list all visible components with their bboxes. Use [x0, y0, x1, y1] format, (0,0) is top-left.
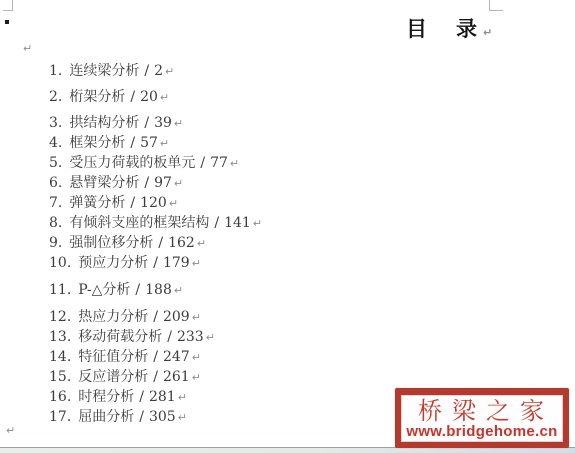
- toc-separator: /: [153, 369, 158, 385]
- toc-separator: /: [153, 349, 158, 365]
- paragraph-mark-icon: ↵: [197, 237, 206, 250]
- toc-item-number: 1.: [49, 61, 62, 81]
- toc-item-number: 10.: [49, 253, 71, 273]
- toc-item-title: 拱结构分析: [69, 115, 139, 131]
- toc-item: 4.框架分析/57↵: [49, 133, 262, 153]
- toc-item: 5.受压力荷载的板单元/77↵: [49, 153, 262, 173]
- toc-list: 1.连续梁分析/2↵ 2.桁架分析/20↵ 3.拱结构分析/39↵ 4.框架分析…: [49, 61, 262, 427]
- margin-crop-mark-top-right: [489, 0, 503, 11]
- toc-separator: /: [144, 63, 149, 79]
- paragraph-mark-icon: ↵: [174, 284, 183, 297]
- paragraph-mark-icon: ↵: [23, 42, 32, 55]
- toc-item-page: 2: [154, 63, 163, 79]
- toc-item: 17.屈曲分析/305↵: [49, 407, 262, 427]
- paragraph-mark-icon: ↵: [6, 424, 15, 437]
- toc-separator: /: [214, 215, 219, 231]
- paragraph-mark-icon: ↵: [174, 117, 183, 130]
- toc-item-title: 移动荷载分析: [78, 329, 162, 345]
- toc-item-number: 9.: [49, 233, 62, 253]
- toc-item-page: 57: [140, 135, 158, 151]
- toc-separator: /: [135, 282, 140, 298]
- toc-separator: /: [153, 255, 158, 271]
- toc-item-number: 7.: [49, 193, 62, 213]
- stamp-site-url: www.bridgehome.cn: [406, 424, 557, 440]
- toc-item: 11.P-△分析/188↵: [49, 280, 262, 300]
- toc-item: 6.悬臂梁分析/97↵: [49, 173, 262, 193]
- toc-item: 12.热应力分析/209↵: [49, 307, 262, 327]
- toc-item-title: 悬臂梁分析: [69, 175, 139, 191]
- toc-item-title: 强制位移分析: [69, 235, 153, 251]
- toc-item-title: 屈曲分析: [78, 409, 134, 425]
- toc-separator: /: [153, 309, 158, 325]
- toc-item-number: 4.: [49, 133, 62, 153]
- toc-item-page: 233: [177, 329, 204, 345]
- paragraph-mark-icon: ↵: [192, 371, 201, 384]
- paragraph-mark-icon: ↵: [192, 311, 201, 324]
- toc-item-title: 预应力分析: [78, 255, 148, 271]
- toc-item: 15.反应谱分析/261↵: [49, 367, 262, 387]
- document-page: ↵ 目 录↵ 1.连续梁分析/2↵ 2.桁架分析/20↵ 3.拱结构分析/39↵…: [0, 0, 575, 453]
- toc-item-number: 11.: [49, 280, 71, 300]
- paragraph-mark-icon: ↵: [253, 217, 262, 230]
- toc-item-number: 16.: [49, 387, 71, 407]
- black-square-mark: [5, 20, 9, 24]
- paragraph-mark-icon: ↵: [178, 411, 187, 424]
- toc-item-page: 97: [154, 175, 172, 191]
- toc-item-page: 281: [149, 389, 176, 405]
- toc-item-title: 有倾斜支座的框架结构: [69, 215, 209, 231]
- toc-separator: /: [130, 135, 135, 151]
- toc-separator: /: [167, 329, 172, 345]
- paragraph-mark-icon: ↵: [206, 331, 215, 344]
- toc-item-number: 5.: [49, 153, 62, 173]
- paragraph-mark-icon: ↵: [169, 197, 178, 210]
- toc-item-number: 6.: [49, 173, 62, 193]
- toc-item: 13.移动荷载分析/233↵: [49, 327, 262, 347]
- toc-item-number: 3.: [49, 113, 62, 133]
- toc-item-page: 39: [154, 115, 172, 131]
- toc-item-page: 77: [210, 155, 228, 171]
- toc-item-number: 17.: [49, 407, 71, 427]
- toc-separator: /: [144, 175, 149, 191]
- paragraph-mark-icon: ↵: [160, 137, 169, 150]
- paragraph-mark-icon: ↵: [230, 157, 239, 170]
- paragraph-mark-icon: ↵: [165, 65, 174, 78]
- toc-item-page: 188: [145, 282, 172, 298]
- toc-item-title: 连续梁分析: [69, 63, 139, 79]
- toc-item: 2.桁架分析/20↵: [49, 87, 262, 107]
- toc-item-title: 桁架分析: [69, 89, 125, 105]
- toc-item-page: 120: [140, 195, 167, 211]
- toc-separator: /: [130, 195, 135, 211]
- stamp-site-name: 桥梁之家: [410, 398, 554, 424]
- toc-item: 16.时程分析/281↵: [49, 387, 262, 407]
- toc-item: 10.预应力分析/179↵: [49, 253, 262, 273]
- page-title: 目 录↵: [406, 13, 492, 43]
- toc-item-title: 热应力分析: [78, 309, 148, 325]
- toc-item-page: 162: [168, 235, 195, 251]
- paragraph-mark-icon: ↵: [178, 391, 187, 404]
- toc-item: 14.特征值分析/247↵: [49, 347, 262, 367]
- toc-item-title: P-△分析: [78, 282, 130, 298]
- toc-item-title: 时程分析: [78, 389, 134, 405]
- toc-item-page: 247: [163, 349, 190, 365]
- toc-item-title: 反应谱分析: [78, 369, 148, 385]
- toc-item-title: 框架分析: [69, 135, 125, 151]
- toc-item: 7.弹簧分析/120↵: [49, 193, 262, 213]
- toc-item: 3.拱结构分析/39↵: [49, 113, 262, 133]
- toc-item: 1.连续梁分析/2↵: [49, 61, 262, 81]
- toc-item-title: 受压力荷载的板单元: [69, 155, 195, 171]
- toc-separator: /: [200, 155, 205, 171]
- site-stamp-watermark: 桥梁之家 www.bridgehome.cn: [395, 388, 569, 448]
- toc-item-page: 20: [140, 89, 158, 105]
- page-title-text: 目 录: [406, 16, 481, 41]
- toc-item-number: 12.: [49, 307, 71, 327]
- toc-item-page: 141: [224, 215, 251, 231]
- toc-item-title: 特征值分析: [78, 349, 148, 365]
- paragraph-mark-icon: ↵: [192, 257, 201, 270]
- toc-item-page: 179: [163, 255, 190, 271]
- toc-item-number: 13.: [49, 327, 71, 347]
- toc-item-title: 弹簧分析: [69, 195, 125, 211]
- toc-item-page: 209: [163, 309, 190, 325]
- toc-item-page: 305: [149, 409, 176, 425]
- toc-separator: /: [158, 235, 163, 251]
- toc-separator: /: [130, 89, 135, 105]
- toc-item-number: 14.: [49, 347, 71, 367]
- toc-item: 8.有倾斜支座的框架结构/141↵: [49, 213, 262, 233]
- margin-crop-mark-top-left: [3, 0, 13, 11]
- toc-separator: /: [139, 409, 144, 425]
- toc-item-page: 261: [163, 369, 190, 385]
- toc-separator: /: [139, 389, 144, 405]
- toc-item-number: 2.: [49, 87, 62, 107]
- paragraph-mark-icon: ↵: [160, 91, 169, 104]
- paragraph-mark-icon: ↵: [483, 26, 492, 39]
- toc-separator: /: [144, 115, 149, 131]
- paragraph-mark-icon: ↵: [174, 177, 183, 190]
- paragraph-mark-icon: ↵: [192, 351, 201, 364]
- toc-item-number: 8.: [49, 213, 62, 233]
- toc-item-number: 15.: [49, 367, 71, 387]
- toc-item: 9.强制位移分析/162↵: [49, 233, 262, 253]
